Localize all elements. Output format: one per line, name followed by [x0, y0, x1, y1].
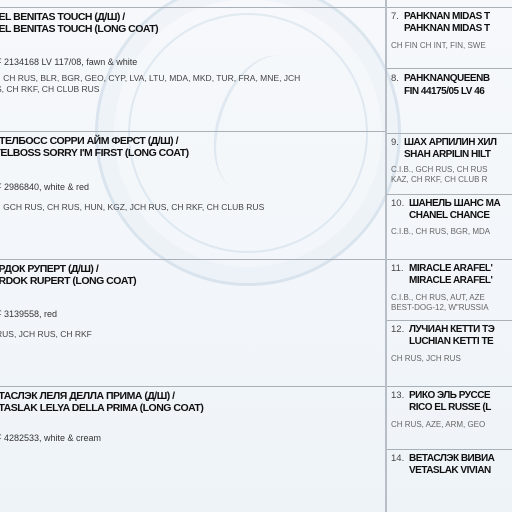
grandparents-column: 7. PAHKNAN MIDAS T PAHKNAN MIDAS T CH FI… — [387, 0, 512, 512]
dog-name-ru: РИКО ЭЛЬ РУССЕ — [409, 390, 490, 402]
dog-name-en: ITELBOSS SORRY I'M FIRST (LONG COAT) — [0, 147, 189, 159]
dog-name-en: MIRACLE ARAFEL' — [409, 275, 492, 287]
pedigree-entry-9: 9. ШАХ АРПИЛИН ХИЛ SHAH ARPILIN HILT C.I… — [387, 134, 512, 194]
registration-info: FIN 44175/05 LV 46 — [404, 86, 484, 98]
pedigree-entry-7: 7. PAHKNAN MIDAS T PAHKNAN MIDAS T CH FI… — [387, 8, 512, 68]
dog-name-en: ETASLAK LELYA DELLA PRIMA (LONG COAT) — [0, 402, 203, 414]
dog-name-ru: ЕТАСЛЭК ЛЕЛЯ ДЕЛЛА ПРИМА (Д/Ш) / — [0, 390, 175, 402]
dog-name-en: EEL BENITAS TOUCH (LONG COAT) — [0, 23, 158, 35]
titles: C.I.B., CH RUS, AUT, AZE BEST-DOG-12, W"… — [391, 293, 489, 313]
dog-name-en: ERDOK RUPERT (LONG COAT) — [0, 275, 136, 287]
dog-name-ru: ЛУЧИАН КЕТТИ ТЭ — [409, 324, 494, 336]
registration-info: F 2134168 LV 117/08, fawn & white — [0, 57, 137, 67]
pedigree-entry-5: ЕРДОК РУПЕРТ (Д/Ш) / ERDOK RUPERT (LONG … — [0, 260, 384, 384]
titles: RUS, JCH RUS, CH RKF — [0, 329, 376, 340]
registration-info: F 2986840, white & red — [0, 182, 89, 192]
entry-number: 7. — [391, 11, 399, 22]
titles: ., GCH RUS, CH RUS, HUN, KGZ, JCH RUS, C… — [0, 202, 376, 213]
titles: C.I.B., CH RUS, BGR, MDA — [391, 227, 490, 237]
entry-number: 12. — [391, 324, 404, 335]
pedigree-entry-11: 11. MIRACLE ARAFEL' MIRACLE ARAFEL' C.I.… — [387, 260, 512, 320]
dog-name-ru: ШАХ АРПИЛИН ХИЛ — [404, 137, 497, 149]
titles: C.I.B., GCH RUS, CH RUS KAZ, CH RKF, CH … — [391, 165, 487, 185]
entry-number: 13. — [391, 390, 404, 401]
registration-info: F 4282533, white & cream — [0, 433, 101, 443]
pedigree-entry-6: ЕТАСЛЭК ЛЕЛЯ ДЕЛЛА ПРИМА (Д/Ш) / ETASLAK… — [0, 387, 384, 512]
dog-name-ru: EEL BENITAS TOUCH (Д/Ш) / — [0, 11, 125, 23]
dog-name-ru: ИТЕЛБОСС СОРРИ АЙМ ФЕРСТ (Д/Ш) / — [0, 135, 178, 147]
registration-info: F 3139558, red — [0, 309, 57, 319]
parents-column: EEL BENITAS TOUCH (Д/Ш) / EEL BENITAS TO… — [0, 0, 386, 512]
entry-number: 9. — [391, 137, 399, 148]
pedigree-entry-4: ИТЕЛБОСС СОРРИ АЙМ ФЕРСТ (Д/Ш) / ITELBOS… — [0, 132, 384, 258]
entry-number: 11. — [391, 263, 404, 274]
dog-name-ru: PAHKNAN MIDAS T — [404, 11, 490, 23]
dog-name-en: CHANEL CHANCE — [409, 210, 490, 222]
dog-name-ru: ЕРДОК РУПЕРТ (Д/Ш) / — [0, 263, 98, 275]
pedigree-entry-12: 12. ЛУЧИАН КЕТТИ ТЭ LUCHIAN KETTI TE CH … — [387, 321, 512, 385]
dog-name-en: RICO EL RUSSE (L — [409, 402, 491, 414]
titles: CH RUS, AZE, ARM, GEO — [391, 420, 485, 430]
dog-name-en: SHAH ARPILIN HILT — [404, 149, 491, 161]
dog-name-en: VETASLAK VIVIAN — [409, 465, 491, 477]
entry-number: 14. — [391, 453, 404, 464]
pedigree-entry-13: 13. РИКО ЭЛЬ РУССЕ RICO EL RUSSE (L CH R… — [387, 387, 512, 449]
titles: CH RUS, JCH RUS — [391, 354, 461, 364]
dog-name-ru: ШАНЕЛЬ ШАНС МА — [409, 198, 500, 210]
entry-number: 10. — [391, 198, 404, 209]
dog-name-ru: MIRACLE ARAFEL' — [409, 263, 492, 275]
pedigree-document: EEL BENITAS TOUCH (Д/Ш) / EEL BENITAS TO… — [0, 0, 512, 512]
dog-name-en: PAHKNAN MIDAS T — [404, 23, 490, 35]
pedigree-entry-14: 14. ВЕТАСЛЭК ВИВИА VETASLAK VIVIAN — [387, 450, 512, 512]
dog-name: PAHKNANQUEENB — [404, 73, 490, 85]
titles: CH FIN CH INT, FIN, SWE — [391, 41, 486, 51]
pedigree-entry-8: 8. PAHKNANQUEENB FIN 44175/05 LV 46 — [387, 69, 512, 131]
dog-name-ru: ВЕТАСЛЭК ВИВИА — [409, 453, 494, 465]
titles: ., CH RUS, BLR, BGR, GEO, CYP, LVA, LTU,… — [0, 73, 376, 95]
pedigree-entry-3: EEL BENITAS TOUCH (Д/Ш) / EEL BENITAS TO… — [0, 8, 384, 132]
pedigree-entry-10: 10. ШАНЕЛЬ ШАНС МА CHANEL CHANCE C.I.B.,… — [387, 195, 512, 259]
entry-number: 8. — [391, 73, 399, 84]
dog-name-en: LUCHIAN KETTI TE — [409, 336, 493, 348]
